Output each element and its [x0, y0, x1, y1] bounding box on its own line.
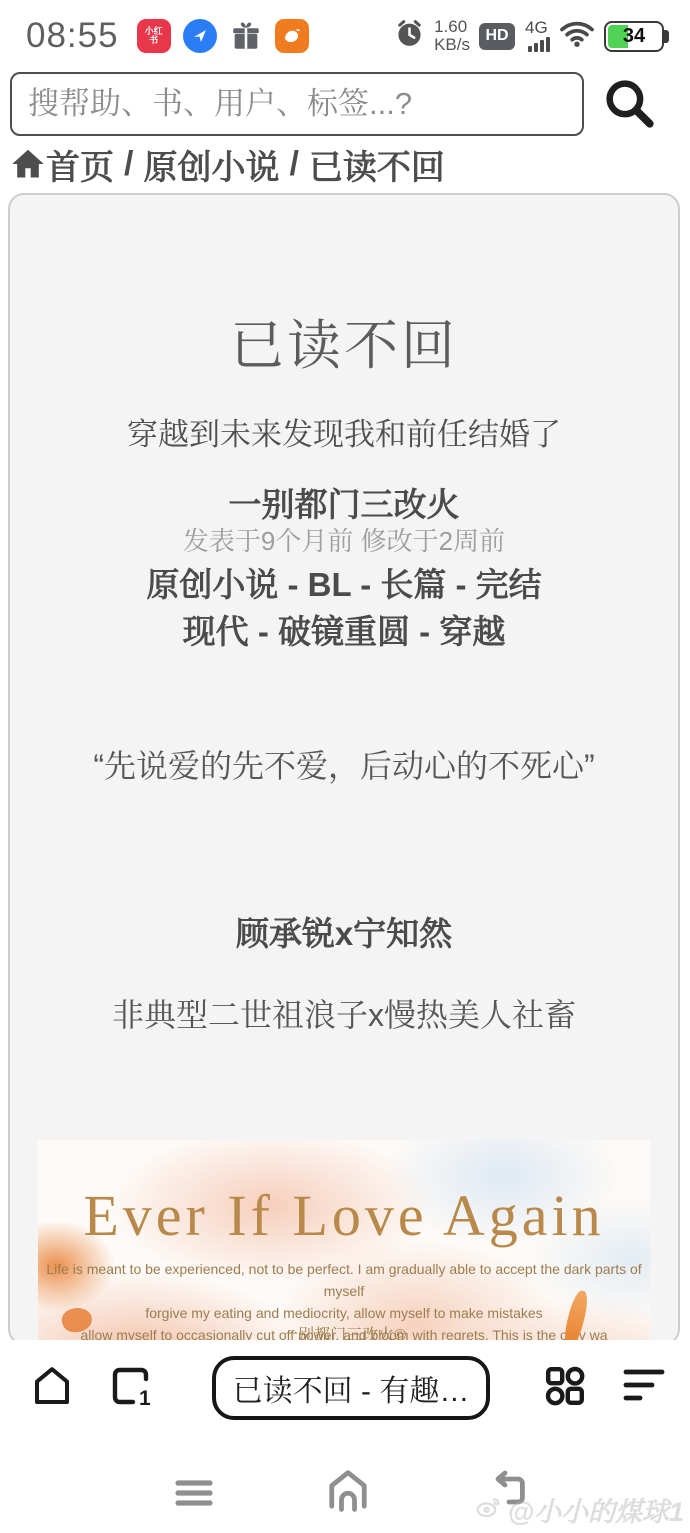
breadcrumb-section[interactable]: 原创小说 [143, 140, 279, 189]
reading-menu-icon[interactable] [620, 1364, 668, 1408]
battery-icon: 34 [604, 21, 664, 52]
hd-badge: HD [479, 23, 515, 50]
book-info-card: 已读不回 穿越到未来发现我和前任结婚了 一别都门三改火 发表于9个月前 修改于2… [8, 193, 680, 1345]
browser-bottom-bar: 1 已读不回 - 有趣… [0, 1340, 690, 1458]
search-icon[interactable] [600, 74, 658, 132]
orange-uc-app-icon [275, 19, 309, 53]
book-subtitle: 穿越到未来发现我和前任结婚了 [10, 409, 678, 454]
wifi-icon [559, 20, 595, 53]
breadcrumb-current: 已读不回 [309, 140, 445, 189]
book-dates: 发表于9个月前 修改于2周前 [10, 521, 678, 558]
book-author: 一别都门三改火 [10, 479, 678, 526]
red-book-app-icon: 小红书 [137, 19, 171, 53]
book-tags-line1: 原创小说 - BL - 长篇 - 完结 [10, 559, 678, 606]
gift-app-icon [229, 19, 263, 53]
breadcrumb: 首页 / 原创小说 / 已读不回 [10, 140, 445, 188]
book-pairing-description: 非典型二世祖浪子x慢热美人社畜 [10, 990, 678, 1036]
browser-tabs-icon[interactable]: 1 [106, 1362, 156, 1410]
book-banner-image: Ever If Love Again Life is meant to be e… [38, 1140, 650, 1345]
breadcrumb-home[interactable]: 首页 [46, 140, 114, 189]
android-menu-icon[interactable] [168, 1468, 220, 1520]
alarm-icon [394, 18, 425, 54]
weibo-watermark: @小小的煤球1 [474, 1490, 684, 1529]
search-input[interactable] [10, 72, 584, 136]
home-icon[interactable] [10, 146, 46, 182]
cellular-signal-icon: 4G [524, 21, 550, 52]
android-home-icon[interactable] [322, 1464, 374, 1516]
breadcrumb-separator: / [289, 145, 298, 184]
blue-browser-app-icon [183, 19, 217, 53]
breadcrumb-separator: / [124, 145, 133, 184]
book-title: 已读不回 [10, 303, 678, 380]
browser-home-icon[interactable] [28, 1362, 76, 1410]
book-quote: “先说爱的先不爱，后动心的不死心” [10, 741, 678, 787]
watermark-text: @小小的煤球1 [508, 1490, 684, 1529]
tab-count: 1 [139, 1387, 151, 1410]
weibo-watermark-icon [474, 1493, 504, 1526]
apps-grid-icon[interactable] [540, 1362, 590, 1410]
search-row [10, 72, 690, 138]
book-pairing: 顾承锐x宁知然 [10, 908, 678, 955]
battery-percent: 34 [606, 25, 662, 48]
current-page-title-pill[interactable]: 已读不回 - 有趣… [212, 1356, 490, 1420]
book-tags-line2: 现代 - 破镜重圆 - 穿越 [10, 606, 678, 653]
banner-title: Ever If Love Again [38, 1182, 650, 1249]
clock-time: 08:55 [26, 16, 119, 56]
network-speed: 1.60 KB/s [434, 18, 470, 54]
status-bar: 08:55 小红书 [0, 10, 690, 62]
screen: 08:55 小红书 [0, 0, 690, 1533]
